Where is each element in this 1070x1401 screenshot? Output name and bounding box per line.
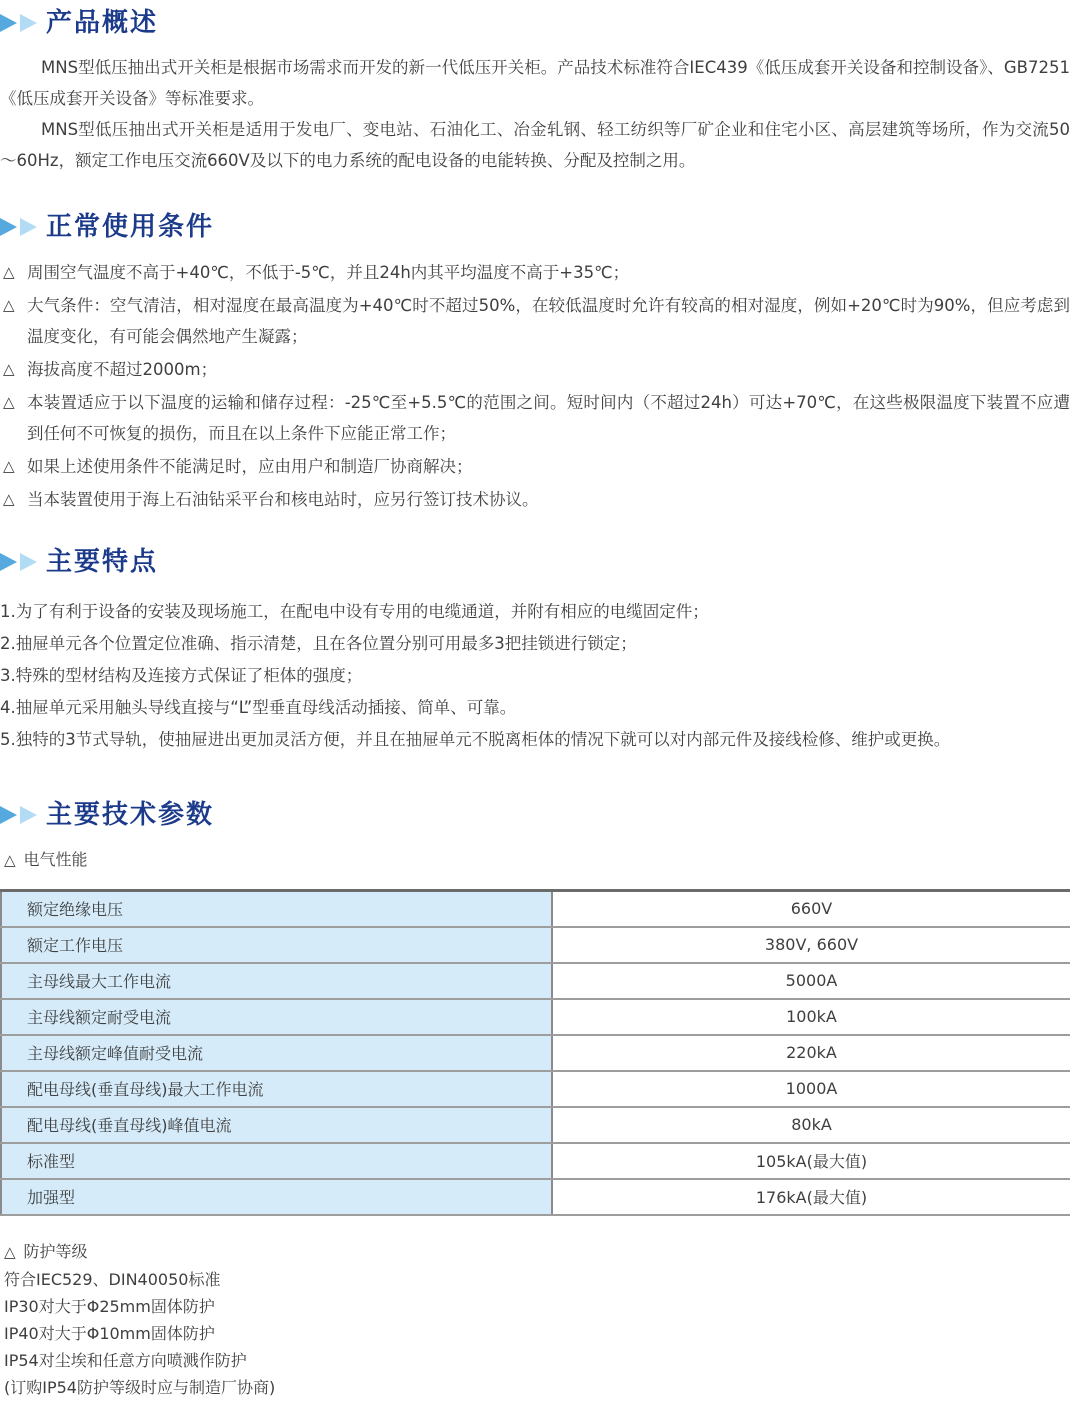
section-heading-overview: 产品概述 bbox=[0, 6, 1070, 40]
spec-label-cell: 加强型 bbox=[1, 1179, 552, 1215]
table-row: 主母线额定峰值耐受电流 220kA bbox=[1, 1035, 1070, 1071]
spec-label-cell: 配电母线(垂直母线)最大工作电流 bbox=[1, 1071, 552, 1107]
protection-line: (订购IP54防护等级时应与制造厂协商) bbox=[4, 1374, 1070, 1401]
triangle-bullet-icon: △ bbox=[3, 354, 15, 385]
list-item: △海拔高度不超过2000m； bbox=[0, 354, 1070, 385]
list-item-text: 本装置适应于以下温度的运输和储存过程：-25℃至+5.5℃的范围之间。短时间内（… bbox=[27, 393, 1070, 443]
electrical-performance-text: 电气性能 bbox=[24, 850, 88, 869]
section-title-overview: 产品概述 bbox=[46, 6, 158, 40]
protection-line: IP30对大于Φ25mm固体防护 bbox=[4, 1293, 1070, 1320]
list-item: 5.独特的3节式导轨，使抽屉进出更加灵活方便，并且在抽屉单元不脱离柜体的情况下就… bbox=[0, 724, 1070, 756]
features-list: 1.为了有利于设备的安装及现场施工，在配电中设有专用的电缆通道，并附有相应的电缆… bbox=[0, 596, 1070, 756]
triangle-bullet-icon: △ bbox=[3, 484, 15, 515]
spec-label-cell: 主母线额定峰值耐受电流 bbox=[1, 1035, 552, 1071]
list-item-text: 大气条件：空气清洁，相对湿度在最高温度为+40℃时不超过50%，在较低温度时允许… bbox=[27, 296, 1070, 346]
table-row: 配电母线(垂直母线)峰值电流 80kA bbox=[1, 1107, 1070, 1143]
triangle-bullet-icon: △ bbox=[4, 1243, 16, 1261]
spec-value-cell: 80kA bbox=[552, 1107, 1070, 1143]
spec-value-cell: 5000A bbox=[552, 963, 1070, 999]
spec-value-cell: 220kA bbox=[552, 1035, 1070, 1071]
protection-heading: △防护等级 bbox=[4, 1238, 1070, 1266]
table-row: 加强型 176kA(最大值) bbox=[1, 1179, 1070, 1215]
protection-section: △防护等级 符合IEC529、DIN40050标准 IP30对大于Φ25mm固体… bbox=[0, 1238, 1070, 1401]
spec-value-cell: 176kA(最大值) bbox=[552, 1179, 1070, 1215]
spec-label-cell: 标准型 bbox=[1, 1143, 552, 1179]
list-item: △大气条件：空气清洁，相对湿度在最高温度为+40℃时不超过50%，在较低温度时允… bbox=[0, 290, 1070, 352]
spec-value-cell: 105kA(最大值) bbox=[552, 1143, 1070, 1179]
section-heading-features: 主要特点 bbox=[0, 545, 1070, 579]
protection-line: 符合IEC529、DIN40050标准 bbox=[4, 1266, 1070, 1293]
arrow-icon bbox=[20, 806, 37, 824]
section-heading-parameters: 主要技术参数 bbox=[0, 798, 1070, 832]
list-item: △本装置适应于以下温度的运输和储存过程：-25℃至+5.5℃的范围之间。短时间内… bbox=[0, 387, 1070, 449]
triangle-bullet-icon: △ bbox=[3, 257, 15, 288]
spec-value-cell: 660V bbox=[552, 891, 1070, 927]
table-row: 主母线额定耐受电流 100kA bbox=[1, 999, 1070, 1035]
list-item-text: 海拔高度不超过2000m； bbox=[27, 360, 217, 379]
protection-title-text: 防护等级 bbox=[24, 1242, 88, 1261]
table-row: 额定工作电压 380V, 660V bbox=[1, 927, 1070, 963]
arrow-icon bbox=[20, 14, 37, 32]
section-title-parameters: 主要技术参数 bbox=[46, 798, 214, 832]
section-title-conditions: 正常使用条件 bbox=[46, 210, 214, 244]
list-item-text: 如果上述使用条件不能满足时，应由用户和制造厂协商解决； bbox=[27, 457, 473, 476]
list-item: 2.抽屉单元各个位置定位准确、指示清楚，且在各位置分别可用最多3把挂锁进行锁定； bbox=[0, 628, 1070, 660]
arrow-icon bbox=[0, 14, 17, 32]
electrical-performance-label: △电气性能 bbox=[0, 847, 1070, 870]
protection-line: IP40对大于Φ10mm固体防护 bbox=[4, 1320, 1070, 1347]
table-row: 主母线最大工作电流 5000A bbox=[1, 963, 1070, 999]
spec-label-cell: 额定工作电压 bbox=[1, 927, 552, 963]
triangle-bullet-icon: △ bbox=[3, 290, 15, 321]
list-item: △周围空气温度不高于+40℃，不低于-5℃，并且24h内其平均温度不高于+35℃… bbox=[0, 257, 1070, 288]
arrow-icon bbox=[20, 553, 37, 571]
section-heading-conditions: 正常使用条件 bbox=[0, 210, 1070, 244]
triangle-bullet-icon: △ bbox=[3, 387, 15, 418]
arrow-icon bbox=[0, 218, 17, 236]
spec-label-cell: 额定绝缘电压 bbox=[1, 891, 552, 927]
document-page: 产品概述 MNS型低压抽出式开关柜是根据市场需求而开发的新一代低压开关柜。产品技… bbox=[0, 0, 1070, 1401]
list-item: 4.抽屉单元采用触头导线直接与“L”型垂直母线活动插接、简单、可靠。 bbox=[0, 692, 1070, 724]
list-item: △当本装置使用于海上石油钻采平台和核电站时，应另行签订技术协议。 bbox=[0, 484, 1070, 515]
spec-label-cell: 主母线额定耐受电流 bbox=[1, 999, 552, 1035]
list-item-text: 周围空气温度不高于+40℃，不低于-5℃，并且24h内其平均温度不高于+35℃； bbox=[27, 263, 629, 282]
conditions-list: △周围空气温度不高于+40℃，不低于-5℃，并且24h内其平均温度不高于+35℃… bbox=[0, 257, 1070, 515]
spec-label-cell: 配电母线(垂直母线)峰值电流 bbox=[1, 1107, 552, 1143]
list-item: 1.为了有利于设备的安装及现场施工，在配电中设有专用的电缆通道，并附有相应的电缆… bbox=[0, 596, 1070, 628]
spec-value-cell: 1000A bbox=[552, 1071, 1070, 1107]
specs-table: 额定绝缘电压 660V 额定工作电压 380V, 660V 主母线最大工作电流 … bbox=[0, 889, 1070, 1216]
spec-value-cell: 380V, 660V bbox=[552, 927, 1070, 963]
overview-paragraph: MNS型低压抽出式开关柜是根据市场需求而开发的新一代低压开关柜。产品技术标准符合… bbox=[0, 52, 1070, 114]
overview-paragraphs: MNS型低压抽出式开关柜是根据市场需求而开发的新一代低压开关柜。产品技术标准符合… bbox=[0, 52, 1070, 176]
section-title-features: 主要特点 bbox=[46, 545, 158, 579]
spec-value-cell: 100kA bbox=[552, 999, 1070, 1035]
list-item-text: 当本装置使用于海上石油钻采平台和核电站时，应另行签订技术协议。 bbox=[27, 490, 539, 509]
triangle-bullet-icon: △ bbox=[3, 451, 15, 482]
triangle-bullet-icon: △ bbox=[4, 851, 16, 869]
table-row: 额定绝缘电压 660V bbox=[1, 891, 1070, 927]
protection-line: IP54对尘埃和任意方向喷溅作防护 bbox=[4, 1347, 1070, 1374]
spec-label-cell: 主母线最大工作电流 bbox=[1, 963, 552, 999]
arrow-icon bbox=[0, 806, 17, 824]
list-item: 3.特殊的型材结构及连接方式保证了柜体的强度； bbox=[0, 660, 1070, 692]
list-item: △如果上述使用条件不能满足时，应由用户和制造厂协商解决； bbox=[0, 451, 1070, 482]
arrow-icon bbox=[20, 218, 37, 236]
arrow-icon bbox=[0, 553, 17, 571]
table-row: 配电母线(垂直母线)最大工作电流 1000A bbox=[1, 1071, 1070, 1107]
table-row: 标准型 105kA(最大值) bbox=[1, 1143, 1070, 1179]
overview-paragraph: MNS型低压抽出式开关柜是适用于发电厂、变电站、石油化工、冶金轧钢、轻工纺织等厂… bbox=[0, 114, 1070, 176]
